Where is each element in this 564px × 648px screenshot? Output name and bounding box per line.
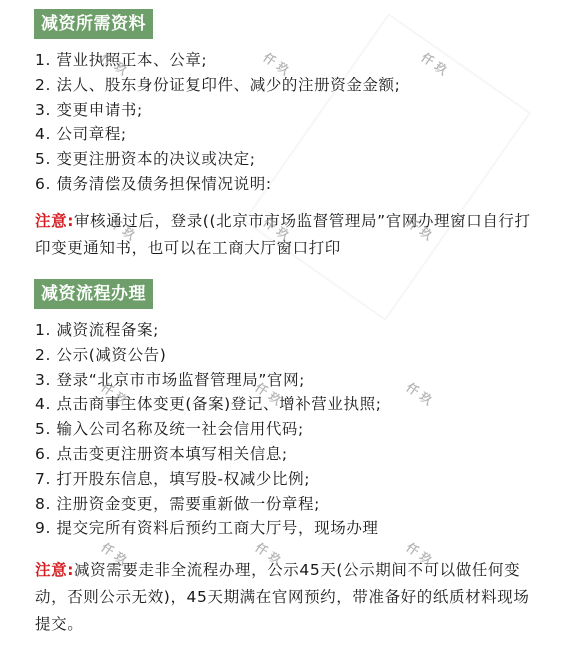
list-item: 1. 营业执照正本、公章; (35, 48, 400, 73)
section-header-process: 减资流程办理 (34, 279, 153, 309)
list-item: 3. 变更申请书; (35, 98, 400, 123)
list-item: 2. 法人、股东身份证复印件、减少的注册资金金额; (35, 73, 400, 98)
list-item: 5. 变更注册资本的决议或决定; (35, 147, 400, 172)
watermark-stamp: 仟 玖 (419, 51, 449, 77)
process-steps-list: 1. 减资流程备案; 2. 公示(减资公告) 3. 登录“北京市市场监督管理局”… (35, 318, 382, 541)
list-item: 5. 输入公司名称及统一社会信用代码; (35, 417, 382, 442)
list-item: 2. 公示(减资公告) (35, 343, 382, 368)
list-item: 8. 注册资金变更，需要重新做一份章程; (35, 492, 382, 517)
watermark-stamp: 仟 玖 (404, 381, 434, 407)
document-page: 减资所需资料 1. 营业执照正本、公章; 2. 法人、股东身份证复印件、减少的注… (0, 0, 564, 648)
list-item: 7. 打开股东信息，填写股-权减少比例; (35, 467, 382, 492)
list-item: 1. 减资流程备案; (35, 318, 382, 343)
note-section1: 注意:审核通过后，登录((北京市市场监督管理局”官网办理窗口自行打印变更通知书，… (35, 208, 545, 262)
note-label: 注意: (35, 212, 74, 230)
list-item: 6. 债务清偿及债务担保情况说明: (35, 172, 400, 197)
list-item: 6. 点击变更注册资本填写相关信息; (35, 442, 382, 467)
required-materials-list: 1. 营业执照正本、公章; 2. 法人、股东身份证复印件、减少的注册资金金额; … (35, 48, 400, 197)
section-header-required-materials: 减资所需资料 (34, 9, 153, 39)
note-label: 注意: (35, 561, 74, 579)
list-item: 4. 点击商事主体变更(备案)登记、增补营业执照; (35, 392, 382, 417)
list-item: 4. 公司章程; (35, 122, 400, 147)
list-item: 3. 登录“北京市市场监督管理局”官网; (35, 368, 382, 393)
note-text: 审核通过后，登录((北京市市场监督管理局”官网办理窗口自行打印变更通知书，也可以… (35, 212, 531, 257)
list-item: 9. 提交完所有资料后预约工商大厅号，现场办理 (35, 516, 382, 541)
note-text: 减资需要走非全流程办理，公示45天(公示期间不可以做任何变动，否则公示无效)，4… (35, 561, 529, 633)
note-section2: 注意:减资需要走非全流程办理，公示45天(公示期间不可以做任何变动，否则公示无效… (35, 557, 545, 638)
